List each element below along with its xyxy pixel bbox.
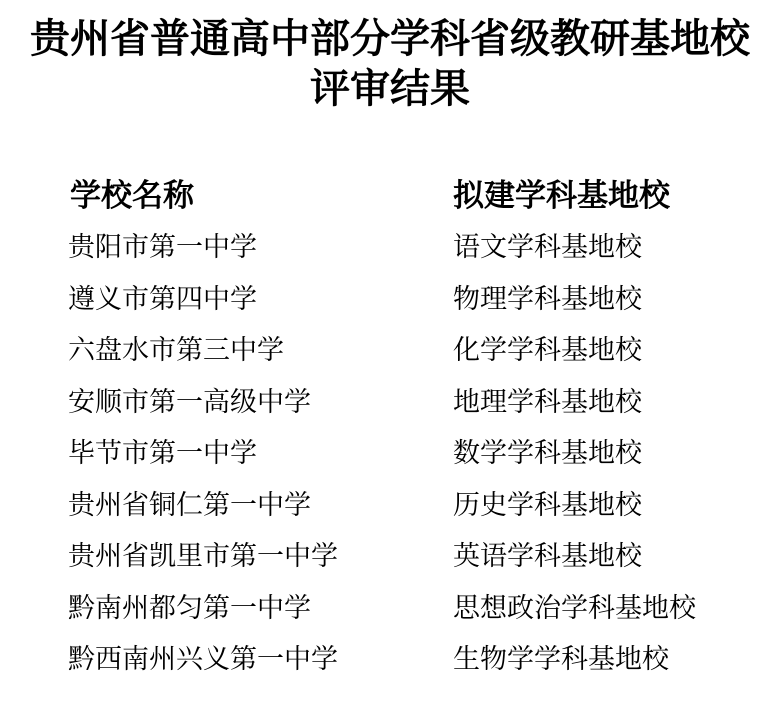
school-name-cell: 黔南州都匀第一中学 xyxy=(68,586,453,625)
school-name-cell: 贵州省铜仁第一中学 xyxy=(68,483,453,522)
table-row: 毕节市第一中学 数学学科基地校 xyxy=(0,425,780,477)
school-name-cell: 毕节市第一中学 xyxy=(68,431,453,470)
school-name-cell: 六盘水市第三中学 xyxy=(68,328,453,367)
school-name-cell: 安顺市第一高级中学 xyxy=(68,380,453,419)
table-row: 遵义市第四中学 物理学科基地校 xyxy=(0,271,780,323)
table-header-row: 学校名称 拟建学科基地校 xyxy=(0,166,780,219)
base-school-cell: 地理学科基地校 xyxy=(453,380,760,419)
table-row: 贵州省凯里市第一中学 英语学科基地校 xyxy=(0,528,780,580)
base-school-cell: 生物学学科基地校 xyxy=(453,637,760,676)
table-row: 安顺市第一高级中学 地理学科基地校 xyxy=(0,374,780,426)
column-header-school-name: 学校名称 xyxy=(68,170,453,215)
base-school-cell: 语文学科基地校 xyxy=(453,225,760,264)
base-school-cell: 数学学科基地校 xyxy=(453,431,760,470)
page-title-line-2: 评审结果 xyxy=(0,64,780,114)
base-school-cell: 历史学科基地校 xyxy=(453,483,760,522)
table-row: 贵州省铜仁第一中学 历史学科基地校 xyxy=(0,477,780,529)
base-school-cell: 英语学科基地校 xyxy=(453,534,760,573)
base-school-cell: 化学学科基地校 xyxy=(453,328,760,367)
school-name-cell: 遵义市第四中学 xyxy=(68,277,453,316)
page-title-line-1: 贵州省普通高中部分学科省级教研基地校 xyxy=(0,14,780,64)
school-name-cell: 贵州省凯里市第一中学 xyxy=(68,534,453,573)
table-row: 贵阳市第一中学 语文学科基地校 xyxy=(0,219,780,271)
column-header-base-school: 拟建学科基地校 xyxy=(453,170,760,215)
table-row: 黔西南州兴义第一中学 生物学学科基地校 xyxy=(0,631,780,683)
base-school-cell: 物理学科基地校 xyxy=(453,277,760,316)
review-results-table: 学校名称 拟建学科基地校 贵阳市第一中学 语文学科基地校 遵义市第四中学 物理学… xyxy=(0,166,780,683)
page-title: 贵州省普通高中部分学科省级教研基地校 评审结果 xyxy=(0,14,780,114)
school-name-cell: 黔西南州兴义第一中学 xyxy=(68,637,453,676)
base-school-cell: 思想政治学科基地校 xyxy=(453,586,760,625)
table-row: 黔南州都匀第一中学 思想政治学科基地校 xyxy=(0,580,780,632)
school-name-cell: 贵阳市第一中学 xyxy=(68,225,453,264)
table-row: 六盘水市第三中学 化学学科基地校 xyxy=(0,322,780,374)
